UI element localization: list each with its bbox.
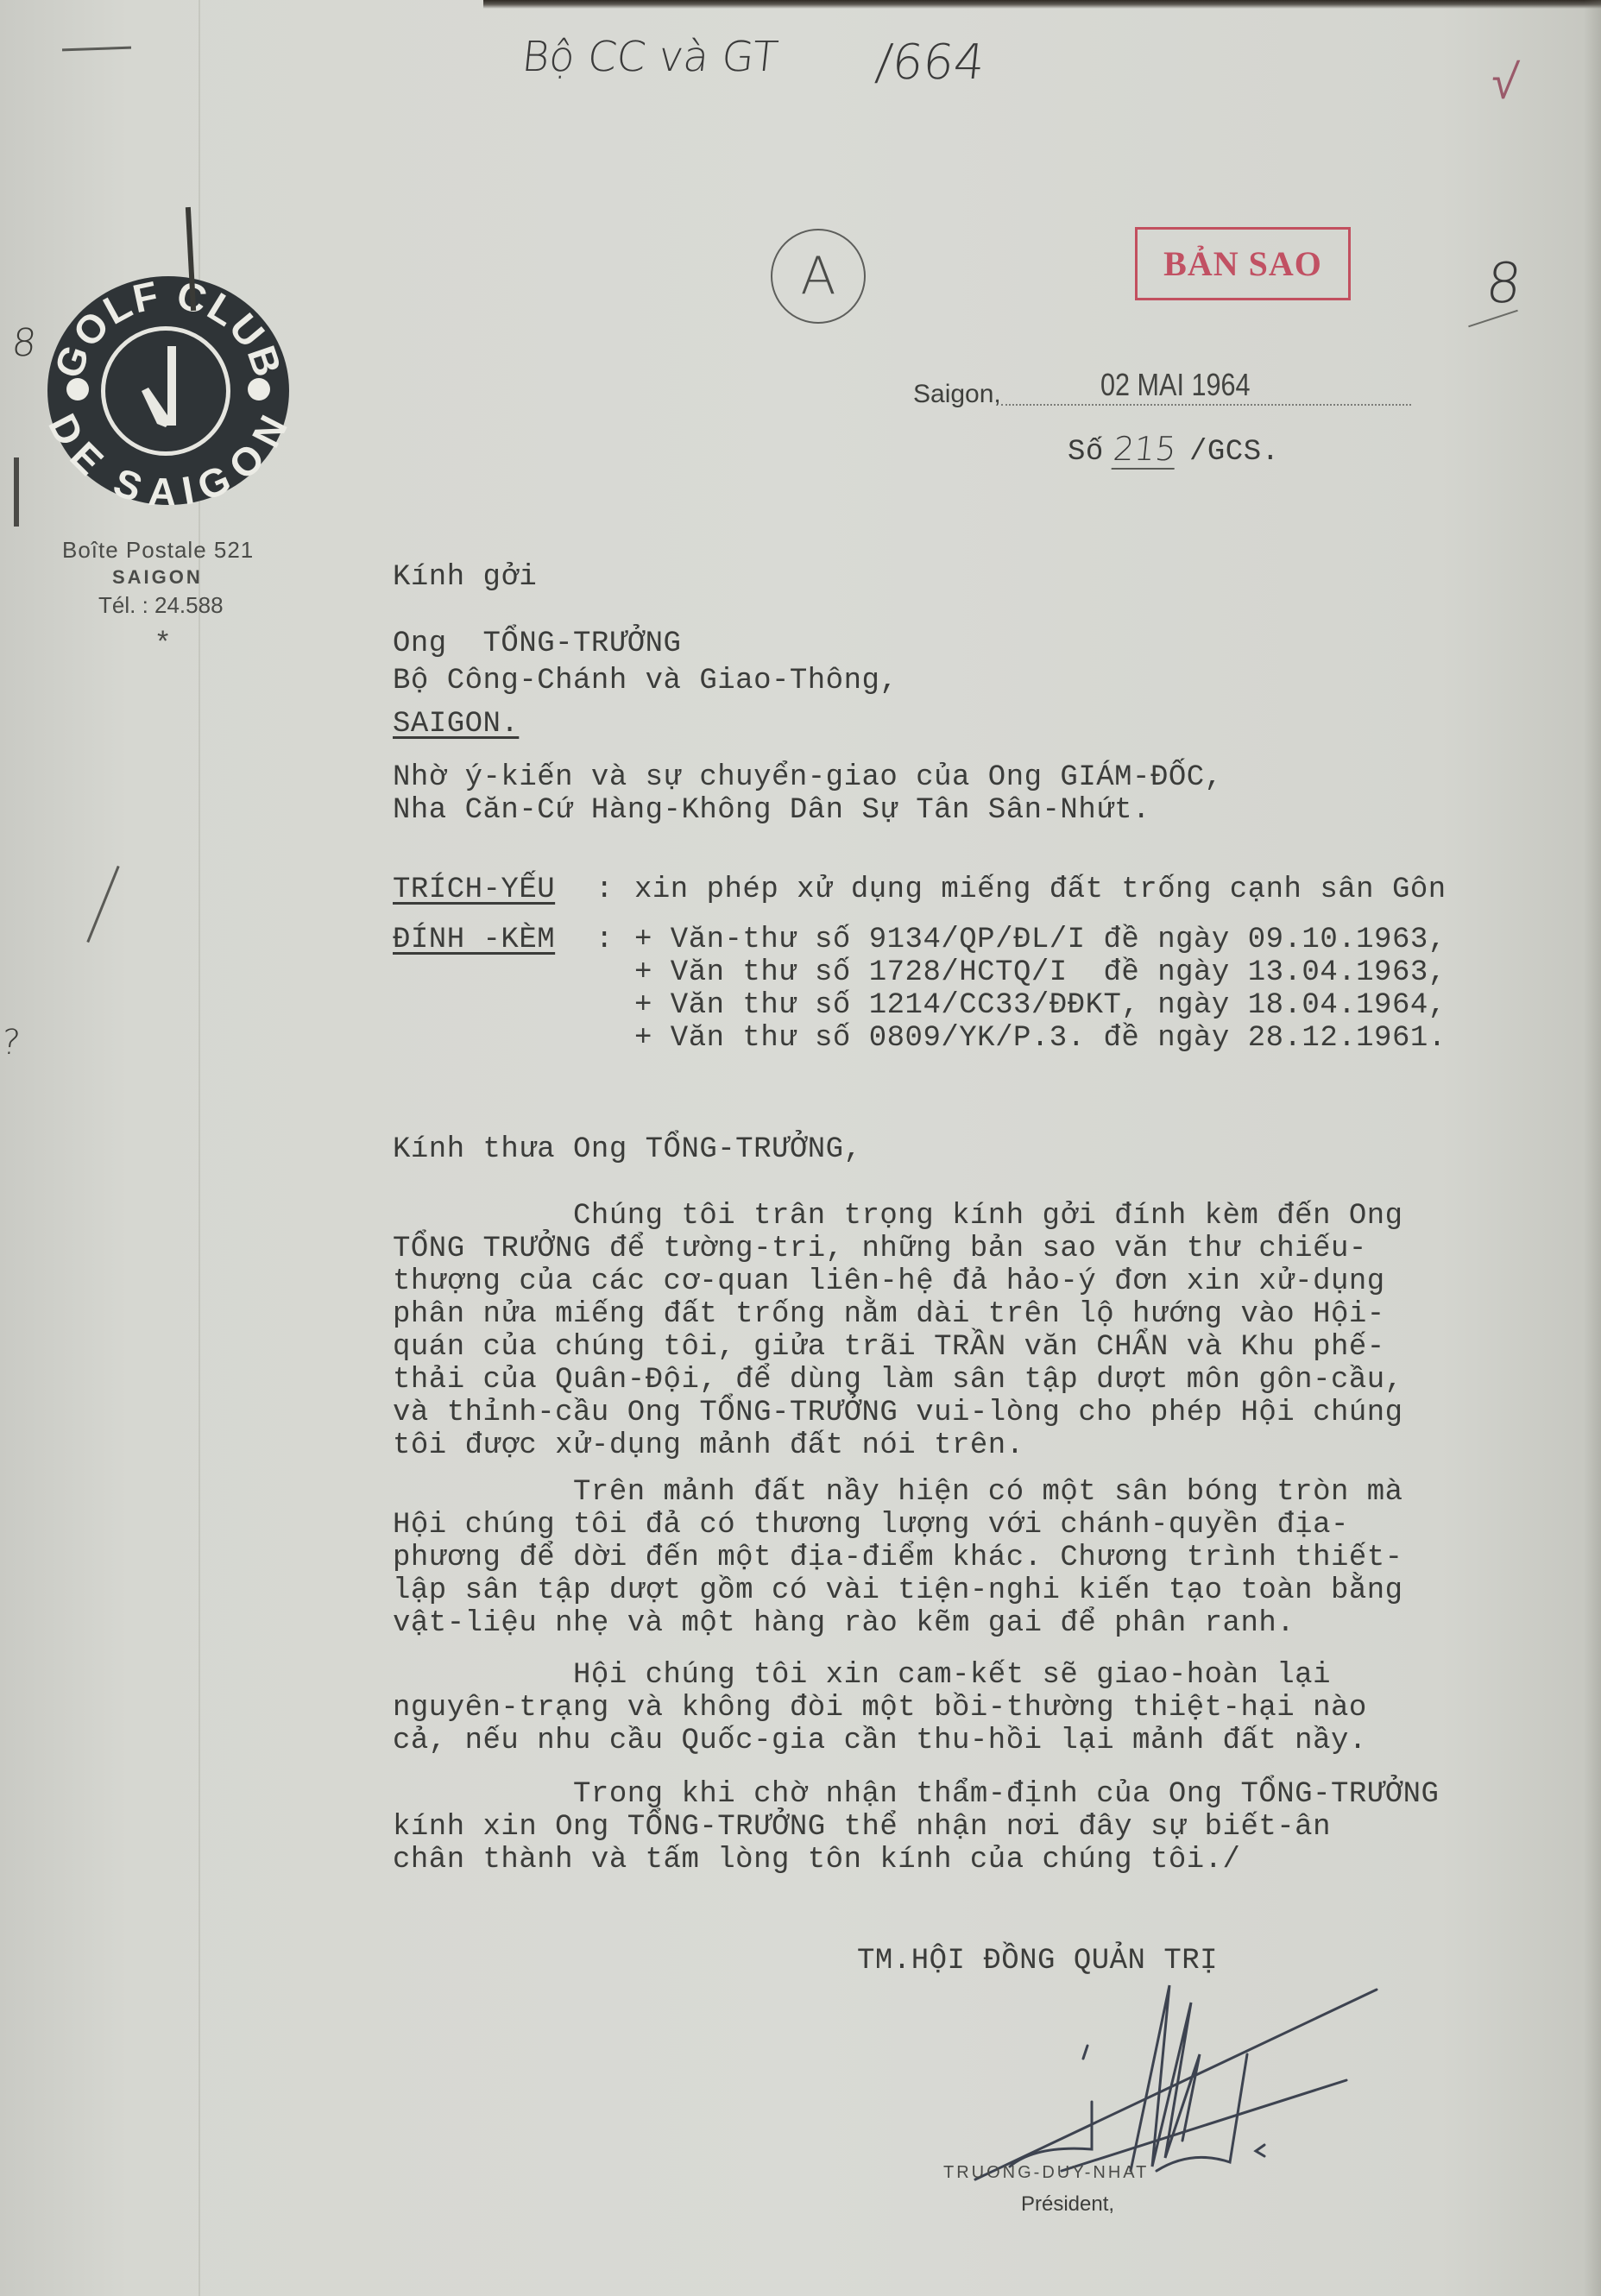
body-line: quán của chúng tôi, giửa trãi TRẦN văn C… <box>393 1331 1403 1364</box>
body-line: lập sân tập dượt gồm có vài tiện-nghi ki… <box>393 1574 1403 1607</box>
recipient-title: Ong TỔNG-TRƯỞNG <box>393 628 681 660</box>
letter-greeting: Kính thưa Ong TỔNG-TRƯỞNG, <box>393 1133 862 1166</box>
body-line: thải của Quân-Đội, để dùng làm sân tập d… <box>393 1364 1403 1397</box>
margin-mark <box>62 47 131 52</box>
body-line: Hội chúng tôi đả có thương lượng với chá… <box>393 1509 1403 1542</box>
letterhead-phone: Tél. : 24.588 <box>98 592 224 619</box>
attachment-item: + Văn-thư số 9134/QP/ĐL/I đề ngày 09.10.… <box>634 924 1447 956</box>
letterhead-star: * <box>157 625 168 659</box>
summary-label: TRÍCH-YẾU <box>393 874 555 906</box>
summary-text: xin phép xử dụng miếng đất trống cạnh sâ… <box>634 874 1447 906</box>
svg-text:GOLF CLUB: GOLF CLUB <box>47 276 289 383</box>
body-line: Trên mảnh đất nầy hiện có một sân bóng t… <box>393 1476 1403 1509</box>
page-right-edge <box>1584 0 1601 2296</box>
letterhead-postal-box: Boîte Postale 521 <box>62 537 254 564</box>
body-line: kính xin Ong TỔNG-TRƯỞNG thể nhận nơi đâ… <box>393 1811 1439 1844</box>
summary-separator: : <box>596 874 614 906</box>
reference-prefix: Số <box>1068 436 1104 469</box>
margin-pencil-line <box>86 866 119 943</box>
handwritten-file-number: /664 <box>873 35 988 91</box>
place-label: Saigon, <box>913 380 1001 409</box>
body-line: phương để dời đến một địa-điểm khác. Chư… <box>393 1542 1403 1574</box>
body-line: phân nửa miếng đất trống nằm dài trên lộ… <box>393 1298 1403 1331</box>
body-paragraph-2: Trên mảnh đất nầy hiện có một sân bóng t… <box>393 1476 1403 1640</box>
margin-pencil-mark: 8 <box>9 321 38 365</box>
via-line-2: Nha Căn-Cứ Hàng-Không Dân Sự Tân Sân-Nhứ… <box>393 794 1150 827</box>
body-line: và thỉnh-cầu Ong TỔNG-TRƯỞNG vui-lòng ch… <box>393 1397 1403 1429</box>
check-mark-icon: √ <box>1489 54 1522 110</box>
body-line: Hội chúng tôi xin cam-kết sẽ giao-hoàn l… <box>393 1659 1367 1692</box>
signatory-name: TRUONG-DUY-NHAT <box>943 2163 1149 2183</box>
margin-ink-mark: ? <box>0 1023 22 1063</box>
attachment-item: + Văn thư số 0809/YK/P.3. đề ngày 28.12.… <box>634 1022 1447 1055</box>
letterhead-city: SAIGON <box>112 566 203 589</box>
circled-letter-mark: A <box>771 229 866 324</box>
body-line: cả, nếu nhu cầu Quốc-gia cần thu-hồi lại… <box>393 1725 1367 1757</box>
body-line: Trong khi chờ nhận thẩm-định của Ong TỔN… <box>393 1778 1439 1811</box>
handwritten-page-number: 8 <box>1483 252 1524 316</box>
via-line-1: Nhờ ý-kiến và sự chuyển-giao của Ong GIÁ… <box>393 761 1223 794</box>
attachments-separator: : <box>596 924 614 956</box>
body-paragraph-4: Trong khi chờ nhận thẩm-định của Ong TỔN… <box>393 1778 1439 1877</box>
body-line: nguyên-trạng và không đòi một bồi-thường… <box>393 1692 1367 1725</box>
svg-text:DE SAIGON: DE SAIGON <box>47 407 289 505</box>
body-line: tôi được xử-dụng mảnh đất nói trên. <box>393 1429 1403 1462</box>
reference-suffix: /GCS. <box>1189 436 1280 469</box>
body-line: Chúng tôi trân trọng kính gởi đính kèm đ… <box>393 1200 1403 1233</box>
salutation: Kính gởi <box>393 561 537 594</box>
copy-stamp-label: BẢN SAO <box>1163 243 1322 284</box>
logo-ring-text: GOLF CLUB DE SAIGON <box>47 276 289 505</box>
body-paragraph-3: Hội chúng tôi xin cam-kết sẽ giao-hoàn l… <box>393 1659 1367 1757</box>
body-line: TỔNG TRƯỞNG để tường-tri, những bản sao … <box>393 1233 1403 1265</box>
body-line: thượng của các cơ-quan liên-hệ đả hảo-ý … <box>393 1265 1403 1298</box>
attachment-item: + Văn thư số 1728/HCTQ/I đề ngày 13.04.1… <box>634 956 1447 989</box>
scanned-letter-page: Bộ CC và GT /664 √ A BẢN SAO 8 GOLF CLU <box>0 0 1601 2296</box>
attachment-item: + Văn thư số 1214/CC33/ĐĐKT, ngày 18.04.… <box>634 989 1447 1022</box>
reference-number: 215 <box>1112 430 1178 470</box>
attachments-label: ĐÍNH -KÈM <box>393 924 555 956</box>
golf-club-logo: GOLF CLUB DE SAIGON <box>47 276 289 505</box>
body-line: vật-liệu nhẹ và một hàng rào kẽm gai để … <box>393 1607 1403 1640</box>
recipient-city: SAIGON. <box>393 708 519 741</box>
circled-letter: A <box>800 246 835 306</box>
handwritten-file-note: Bộ CC và GT <box>520 33 780 81</box>
copy-stamp: BẢN SAO <box>1135 227 1351 300</box>
letter-date: 02 MAI 1964 <box>1100 367 1251 403</box>
date-dotted-line <box>1001 404 1411 406</box>
margin-pencil-mark-2 <box>14 457 19 527</box>
recipient-ministry: Bộ Công-Chánh và Giao-Thông, <box>393 665 898 697</box>
body-line: chân thành và tấm lòng tôn kính của chún… <box>393 1844 1439 1877</box>
page-edge-shadow <box>483 0 1601 9</box>
signatory-title: Président, <box>1021 2192 1114 2217</box>
body-paragraph-1: Chúng tôi trân trọng kính gởi đính kèm đ… <box>393 1200 1403 1462</box>
